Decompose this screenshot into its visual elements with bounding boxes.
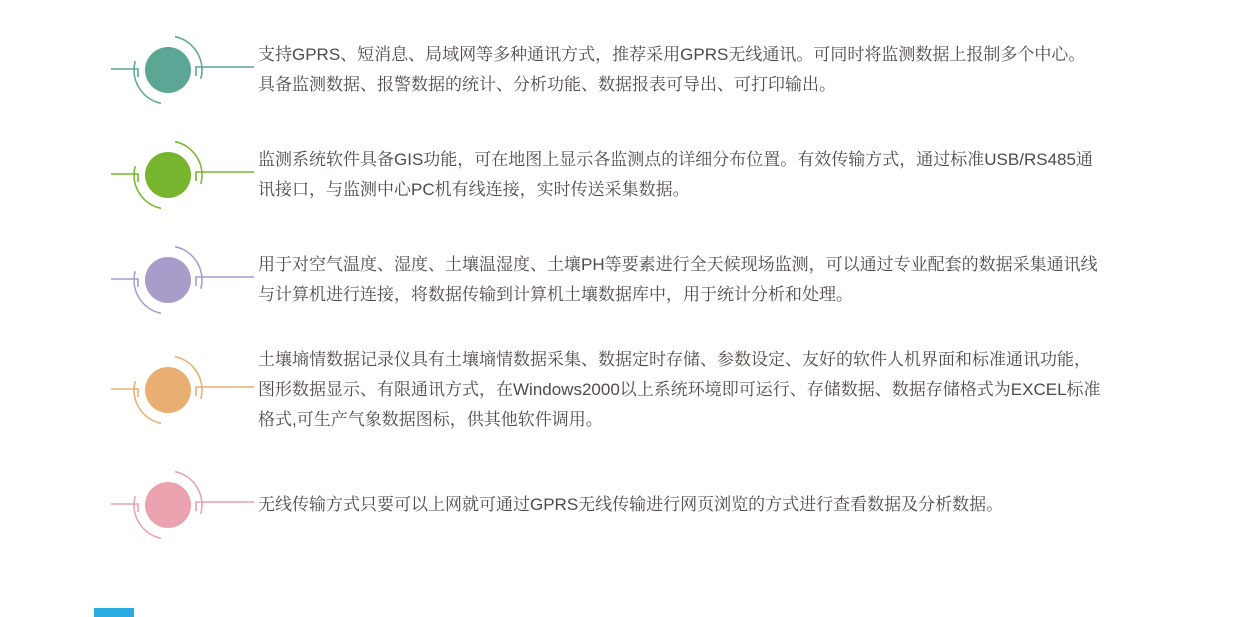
circle-bullet-icon	[108, 235, 258, 325]
connector-line-right	[196, 172, 254, 181]
bottom-accent-bar	[94, 608, 134, 617]
feature-text-block: 用于对空气温度、湿度、土壤温湿度、土壤PH等要素进行全天候现场监测，可以通过专业…	[258, 250, 1098, 310]
feature-text-line: 图形数据显示、有限通讯方式，在Windows2000以上系统环境即可运行、存储数…	[258, 375, 1101, 405]
feature-row-communication: 支持GPRS、短消息、局域网等多种通讯方式，推荐采用GPRS无线通讯。可同时将监…	[108, 25, 1085, 115]
connector-line-right	[196, 277, 254, 286]
page: { "text_color": "#4F4A47", "accent_bar_c…	[0, 0, 1237, 617]
feature-dot	[145, 482, 191, 528]
connector-line-right	[196, 502, 254, 511]
feature-text-line: 具备监测数据、报警数据的统计、分析功能、数据报表可导出、可打印输出。	[258, 70, 1085, 100]
feature-dot	[145, 152, 191, 198]
circle-bullet-icon	[108, 345, 258, 435]
feature-text-line: 用于对空气温度、湿度、土壤温湿度、土壤PH等要素进行全天候现场监测，可以通过专业…	[258, 250, 1098, 280]
connector-line-right	[196, 67, 254, 76]
feature-dot	[145, 367, 191, 413]
feature-text-block: 监测系统软件具备GIS功能，可在地图上显示各监测点的详细分布位置。有效传输方式，…	[258, 145, 1093, 205]
circle-bullet-icon	[108, 25, 258, 115]
feature-text-line: 与计算机进行连接，将数据传输到计算机土壤数据库中，用于统计分析和处理。	[258, 280, 1098, 310]
feature-row-wireless: 无线传输方式只要可以上网就可通过GPRS无线传输进行网页浏览的方式进行查看数据及…	[108, 460, 1003, 550]
feature-text-line: 讯接口，与监测中心PC机有线连接，实时传送采集数据。	[258, 175, 1093, 205]
feature-text-line: 无线传输方式只要可以上网就可通过GPRS无线传输进行网页浏览的方式进行查看数据及…	[258, 490, 1003, 520]
feature-text-block: 无线传输方式只要可以上网就可通过GPRS无线传输进行网页浏览的方式进行查看数据及…	[258, 490, 1003, 520]
accent-rect	[94, 608, 134, 617]
feature-row-monitoring: 用于对空气温度、湿度、土壤温湿度、土壤PH等要素进行全天候现场监测，可以通过专业…	[108, 235, 1098, 325]
feature-text-block: 土壤墒情数据记录仪具有土壤墒情数据采集、数据定时存储、参数设定、友好的软件人机界…	[258, 345, 1101, 435]
feature-row-gis: 监测系统软件具备GIS功能，可在地图上显示各监测点的详细分布位置。有效传输方式，…	[108, 130, 1093, 220]
circle-bullet-icon	[108, 130, 258, 220]
feature-text-line: 监测系统软件具备GIS功能，可在地图上显示各监测点的详细分布位置。有效传输方式，…	[258, 145, 1093, 175]
feature-text-line: 支持GPRS、短消息、局域网等多种通讯方式，推荐采用GPRS无线通讯。可同时将监…	[258, 40, 1085, 70]
feature-row-data-logger: 土壤墒情数据记录仪具有土壤墒情数据采集、数据定时存储、参数设定、友好的软件人机界…	[108, 345, 1101, 435]
feature-dot	[145, 257, 191, 303]
connector-line-right	[196, 387, 254, 396]
feature-text-block: 支持GPRS、短消息、局域网等多种通讯方式，推荐采用GPRS无线通讯。可同时将监…	[258, 40, 1085, 100]
feature-text-line: 格式,可生产气象数据图标，供其他软件调用。	[258, 405, 1101, 435]
feature-text-line: 土壤墒情数据记录仪具有土壤墒情数据采集、数据定时存储、参数设定、友好的软件人机界…	[258, 345, 1101, 375]
circle-bullet-icon	[108, 460, 258, 550]
feature-dot	[145, 47, 191, 93]
